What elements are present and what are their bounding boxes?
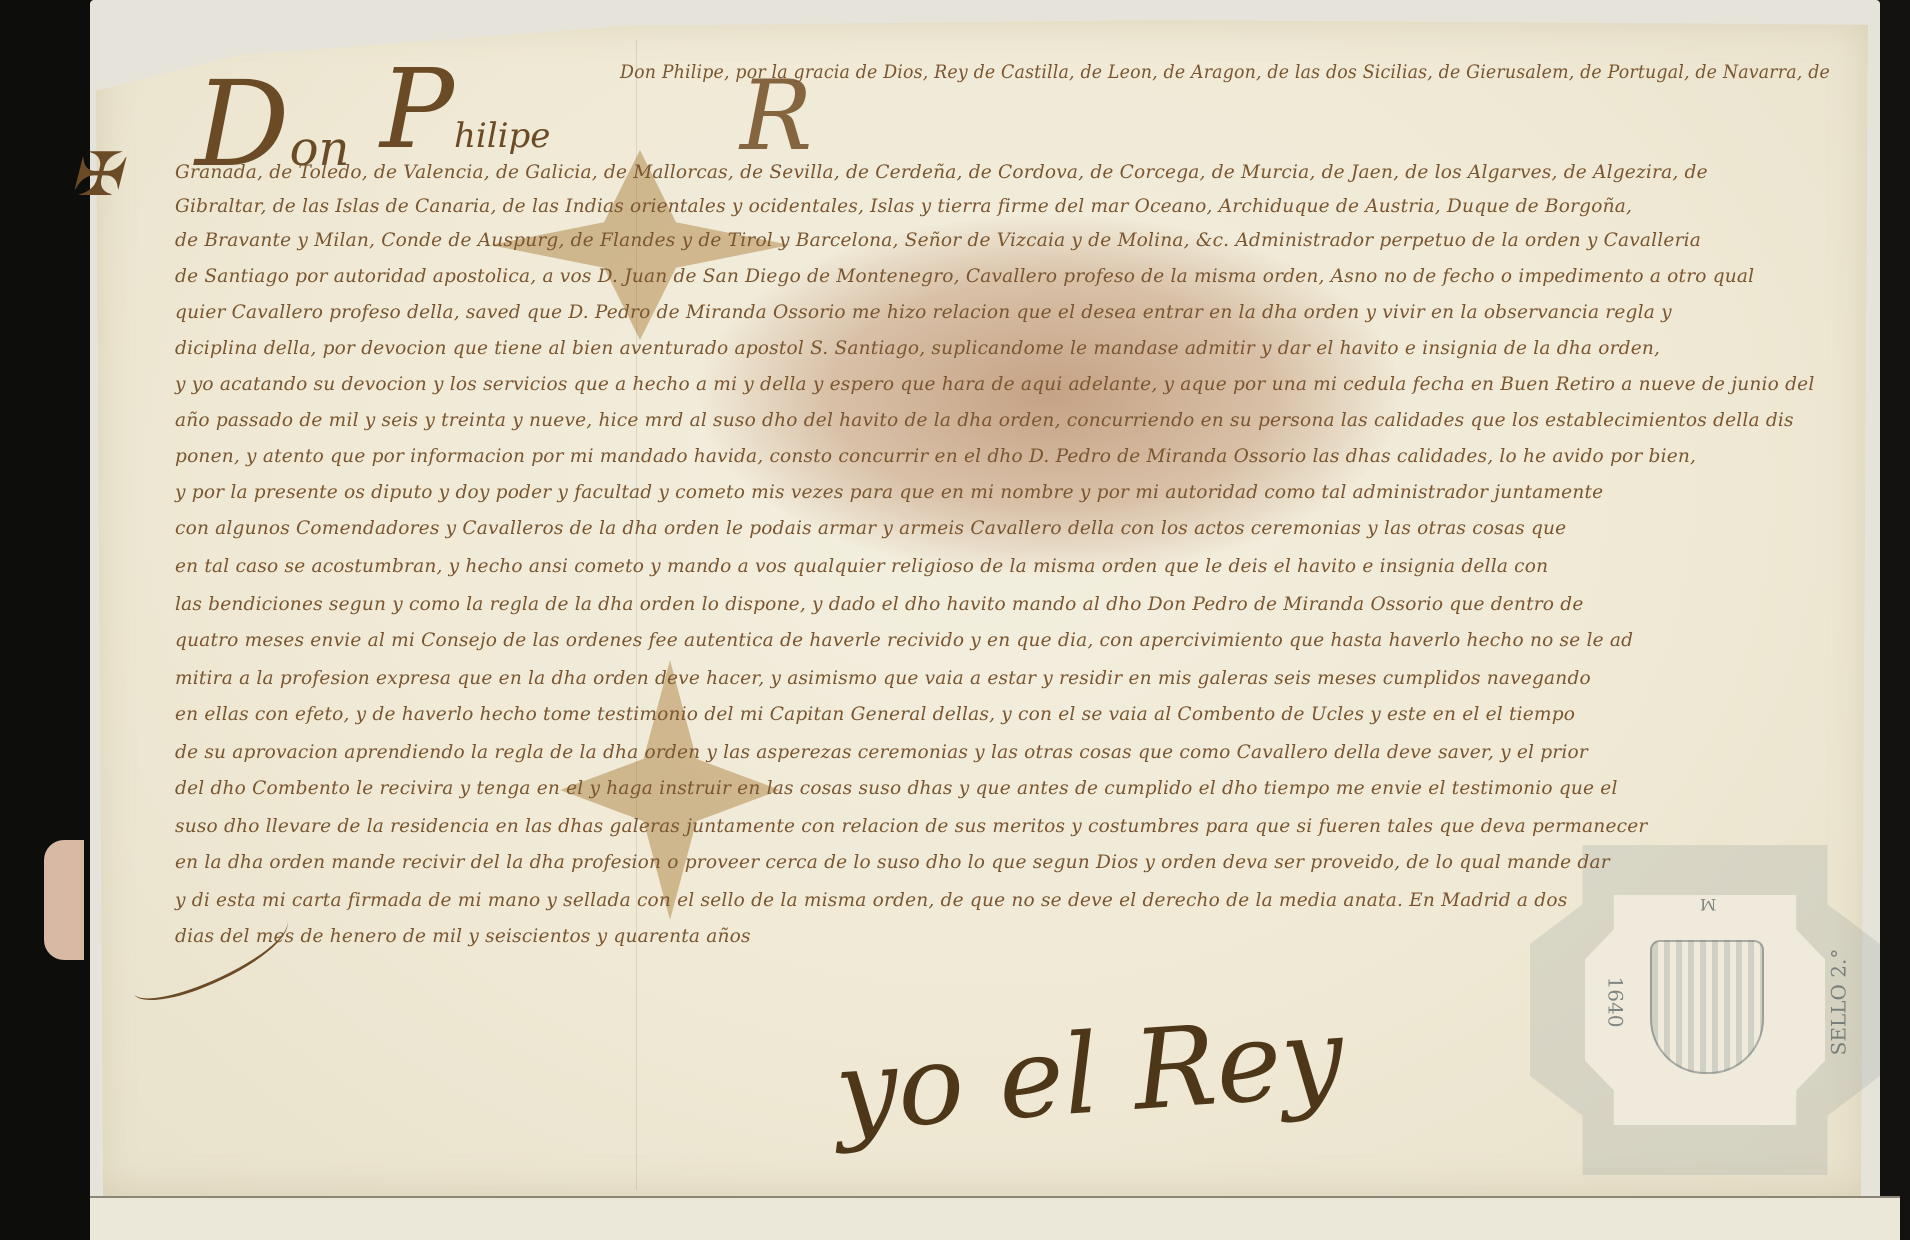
body-line-21: y di esta mi carta firmada de mi mano y …: [175, 886, 1829, 914]
body-line-9: ponen, y atento que por informacion por …: [175, 442, 1829, 470]
body-line-19: suso dho llevare de la residencia en las…: [175, 812, 1829, 840]
body-line-4: de Santiago por autoridad apostolica, a …: [175, 262, 1829, 290]
body-line-1: Granada, de Toledo, de Valencia, de Gali…: [175, 158, 1829, 186]
body-line-18: del dho Combento le recivira y tenga en …: [175, 774, 1829, 802]
body-line-2: Gibraltar, de las Islas de Canaria, de l…: [175, 192, 1829, 220]
body-line-10: y por la presente os diputo y doy poder …: [175, 478, 1829, 506]
heading-line: Don Philipe, por la gracia de Dios, Rey …: [620, 58, 1763, 86]
body-line-14: quatro meses envie al mi Consejo de las …: [175, 626, 1829, 654]
body-line-3: de Bravante y Milan, Conde de Auspurg, d…: [175, 226, 1829, 254]
body-line-20: en la dha orden mande recivir del la dha…: [175, 848, 1829, 876]
body-line-6: diciplina della, por devocion que tiene …: [175, 334, 1829, 362]
seal-value: SELLO 2.°: [1826, 949, 1850, 1056]
cross-invocation-icon: ✠: [70, 140, 120, 210]
body-line-16: en ellas con efeto, y de haverlo hecho t…: [175, 700, 1829, 728]
holding-finger: [44, 840, 84, 960]
royal-coat-of-arms-icon: [1650, 940, 1764, 1074]
body-line-13: las bendiciones segun y como la regla de…: [175, 590, 1829, 618]
lower-fold: [90, 1196, 1900, 1240]
body-line-11: con algunos Comendadores y Cavalleros de…: [175, 514, 1829, 542]
body-line-8: año passado de mil y seis y treinta y nu…: [175, 406, 1829, 434]
body-line-12: en tal caso se acostumbran, y hecho ansi…: [175, 552, 1829, 580]
body-line-15: mitira a la profesion expresa que en la …: [175, 664, 1829, 692]
body-line-7: y yo acatando su devocion y los servicio…: [175, 370, 1829, 398]
initial-letter-p: Philipe: [380, 45, 550, 173]
body-line-5: quier Cavallero profeso della, saved que…: [175, 298, 1829, 326]
seal-year: 1640: [1603, 977, 1627, 1028]
body-line-17: de su aprovacion aprendiendo la regla de…: [175, 738, 1829, 766]
body-line-22-date: dias del mes de henero de mil y seiscien…: [175, 922, 1829, 950]
